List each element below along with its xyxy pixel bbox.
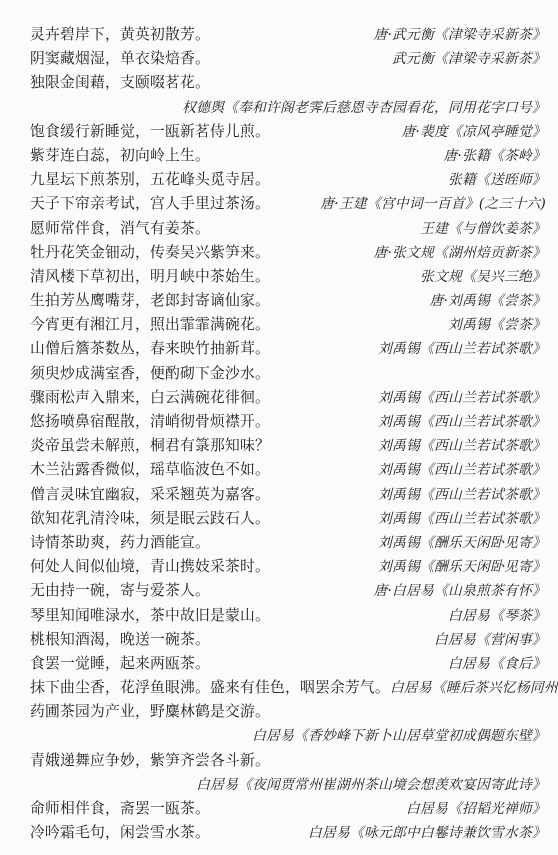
poem-row: 青娥递舞应争妙，紫笋齐尝各斗新。 [30,749,546,773]
poem-row: 琴里知闻唯渌水，茶中故旧是蒙山。白居易《琴茶》 [30,604,546,628]
poem-row: 何处人间似仙境，青山携妓采茶时。刘禹锡《酬乐天闲卧见寄》 [30,555,546,579]
poem-row: 生拍芳丛鹰嘴芽，老郎封寄谪仙家。唐·刘禹锡《尝茶》 [30,289,546,313]
poem-row: 诗情茶助爽，药力酒能宣。刘禹锡《酬乐天闲卧见寄》 [30,531,546,555]
poem-row: 饱食缓行新睡觉，一瓯新茗侍儿煎。唐·裴度《凉风亭睡觉》 [30,120,546,144]
poem-text: 木兰沾露香微似，瑶草临波色不如。 [30,458,270,479]
poem-text: 灵卉碧岸下，黄英初散芳。 [30,23,210,44]
poem-source: 刘禹锡《西山兰若试茶歌》 [378,337,546,357]
poem-text: 牡丹花笑金钿动，传奏吴兴紫笋来。 [30,241,270,262]
poem-source: 白居易《营闲事》 [434,628,546,648]
poem-source: 白居易《琴茶》 [448,604,546,624]
poem-row: 天子下帘亲考试，宫人手里过茶汤。唐·王建《宫中词一百首》(之三十六) [30,192,546,216]
poem-text: 炎帝虽尝未解煎，桐君有箓那知味？ [30,434,270,455]
poem-row: 今宵更有湘江月，照出霏霏满碗花。刘禹锡《尝茶》 [30,313,546,337]
poem-row: 权德舆《奉和许阁老霁后慈恩寺杏园看花，同用花字口号》 [30,96,546,120]
poem-text: 僧言灵味宜幽寂，采采翘英为嘉客。 [30,483,270,504]
poem-source: 王建《与僧饮姜茶》 [420,217,546,237]
poem-row: 独限金闺藉，支颐啜茗花。 [30,71,546,95]
poem-row: 紫芽连白蕊，初向岭上生。唐·张籍《茶岭》 [30,144,546,168]
poem-text: 独限金闺藉，支颐啜茗花。 [30,71,210,92]
poem-source: 唐·张文规《湖州焙贡新茶》 [373,241,546,261]
poem-list: 灵卉碧岸下，黄英初散芳。唐·武元衡《津梁寺采新茶》阴窦藏烟湿，单衣染焙香。武元衡… [30,23,546,845]
poem-source: 刘禹锡《西山兰若试茶歌》 [378,458,546,478]
poem-text: 须臾炒成满室香，便酌砌下金沙水。 [30,362,270,383]
poem-text: 青娥递舞应争妙，紫笋齐尝各斗新。 [30,749,270,770]
poem-row: 白居易《香妙峰下新卜山居草堂初成偶题东壁》 [30,724,546,748]
poem-source: 白居易《咏元郎中白鬈诗兼饮雪水茶》 [308,821,546,841]
poem-source: 唐·刘禹锡《尝茶》 [429,289,546,309]
poem-row: 冷吟霜毛句，闲尝雪水茶。白居易《咏元郎中白鬈诗兼饮雪水茶》 [30,821,546,845]
poem-row: 愿师常伴食，消气有姜茶。王建《与僧饮姜茶》 [30,217,546,241]
poem-source: 刘禹锡《西山兰若试茶歌》 [378,507,546,527]
poem-row: 清风楼下草初出，明月峡中茶始生。张文规《吴兴三绝》 [30,265,546,289]
poem-row: 山僧后簷茶数丛，春来映竹抽新茸。刘禹锡《西山兰若试茶歌》 [30,337,546,361]
poem-source: 唐·武元衡《津梁寺采新茶》 [373,23,546,43]
poem-row: 桃根知酒渴，晚送一碗茶。白居易《营闲事》 [30,628,546,652]
poem-row: 骤雨松声入鼎来，白云满碗花徘徊。刘禹锡《西山兰若试茶歌》 [30,386,546,410]
poem-row: 僧言灵味宜幽寂，采采翘英为嘉客。刘禹锡《西山兰若试茶歌》 [30,483,546,507]
poem-source: 唐·白居易《山泉煎茶有怀》 [373,579,546,599]
poem-text: 悠扬喷鼻宿酲散，清峭彻骨烦襟开。 [30,410,270,431]
poem-row: 须臾炒成满室香，便酌砌下金沙水。 [30,362,546,386]
poem-row: 白居易《夜闻贾常州崔湖州茶山境会想羡欢宴因寄此诗》 [30,773,546,797]
poem-text: 抹下曲尘香，花浮鱼眼沸。盛来有佳色，咽罢余芳气。 [30,676,390,697]
poem-source: 唐·王建《宫中词一百首》(之三十六) [320,192,546,212]
poem-text: 骤雨松声入鼎来，白云满碗花徘徊。 [30,386,270,407]
poem-text: 天子下帘亲考试，宫人手里过茶汤。 [30,192,270,213]
poem-text: 食罢一觉睡，起来两瓯茶。 [30,652,210,673]
poem-text: 饱食缓行新睡觉，一瓯新茗侍儿煎。 [30,120,270,141]
poem-source: 刘禹锡《西山兰若试茶歌》 [378,386,546,406]
poem-row: 九星坛下煎茶别，五花峰头觅寺居。张籍《送晊师》 [30,168,546,192]
poem-source: 武元衡《津梁寺采新茶》 [392,47,546,67]
poem-source: 权德舆《奉和许阁老霁后慈恩寺杏园看花，同用花字口号》 [182,96,546,116]
poem-text: 今宵更有湘江月，照出霏霏满碗花。 [30,313,270,334]
poem-source: 刘禹锡《尝茶》 [448,313,546,333]
poem-row: 药圃茶园为产业，野麋林鹤是交游。 [30,700,546,724]
poem-text: 冷吟霜毛句，闲尝雪水茶。 [30,821,210,842]
poem-source: 刘禹锡《西山兰若试茶歌》 [378,410,546,430]
poem-source: 白居易《食后》 [448,652,546,672]
poem-source: 白居易《睡后茶兴忆杨同州》 [390,676,558,696]
poem-source: 刘禹锡《西山兰若试茶歌》 [378,483,546,503]
poem-row: 木兰沾露香微似，瑶草临波色不如。刘禹锡《西山兰若试茶歌》 [30,458,546,482]
poem-source: 白居易《香妙峰下新卜山居草堂初成偶题东壁》 [252,724,546,744]
poem-text: 欲知花乳清泠味，须是眠云跂石人。 [30,507,270,528]
poem-row: 牡丹花笑金钿动，传奏吴兴紫笋来。唐·张文规《湖州焙贡新茶》 [30,241,546,265]
poem-text: 山僧后簷茶数丛，春来映竹抽新茸。 [30,337,270,358]
poem-source: 张文规《吴兴三绝》 [420,265,546,285]
poem-text: 清风楼下草初出，明月峡中茶始生。 [30,265,270,286]
poem-text: 愿师常伴食，消气有姜茶。 [30,217,210,238]
poem-row: 食罢一觉睡，起来两瓯茶。白居易《食后》 [30,652,546,676]
poem-row: 悠扬喷鼻宿酲散，清峭彻骨烦襟开。刘禹锡《西山兰若试茶歌》 [30,410,546,434]
poem-row: 命师相伴食，斋罢一瓯茶。白居易《招韬光禅师》 [30,797,546,821]
poem-text: 何处人间似仙境，青山携妓采茶时。 [30,555,270,576]
poem-row: 阴窦藏烟湿，单衣染焙香。武元衡《津梁寺采新茶》 [30,47,546,71]
poem-text: 药圃茶园为产业，野麋林鹤是交游。 [30,700,270,721]
poem-text: 紫芽连白蕊，初向岭上生。 [30,144,210,165]
poem-text: 无由持一碗，寄与爱茶人。 [30,579,210,600]
poem-row: 灵卉碧岸下，黄英初散芳。唐·武元衡《津梁寺采新茶》 [30,23,546,47]
poem-source: 唐·张籍《茶岭》 [443,144,546,164]
poem-source: 白居易《招韬光禅师》 [406,797,546,817]
poem-text: 命师相伴食，斋罢一瓯茶。 [30,797,210,818]
poem-source: 刘禹锡《酬乐天闲卧见寄》 [378,531,546,551]
book-page: 灵卉碧岸下，黄英初散芳。唐·武元衡《津梁寺采新茶》阴窦藏烟湿，单衣染焙香。武元衡… [0,0,558,855]
poem-text: 生拍芳丛鹰嘴芽，老郎封寄谪仙家。 [30,289,270,310]
poem-text: 桃根知酒渴，晚送一碗茶。 [30,628,210,649]
poem-source: 张籍《送晊师》 [448,168,546,188]
poem-text: 诗情茶助爽，药力酒能宣。 [30,531,210,552]
poem-source: 唐·裴度《凉风亭睡觉》 [401,120,546,140]
poem-row: 炎帝虽尝未解煎，桐君有箓那知味？刘禹锡《西山兰若试茶歌》 [30,434,546,458]
poem-row: 抹下曲尘香，花浮鱼眼沸。盛来有佳色，咽罢余芳气。白居易《睡后茶兴忆杨同州》 [30,676,546,700]
poem-source: 刘禹锡《西山兰若试茶歌》 [378,434,546,454]
poem-source: 刘禹锡《酬乐天闲卧见寄》 [378,555,546,575]
poem-row: 欲知花乳清泠味，须是眠云跂石人。刘禹锡《西山兰若试茶歌》 [30,507,546,531]
poem-text: 阴窦藏烟湿，单衣染焙香。 [30,47,210,68]
poem-source: 白居易《夜闻贾常州崔湖州茶山境会想羡欢宴因寄此诗》 [196,773,546,793]
poem-text: 琴里知闻唯渌水，茶中故旧是蒙山。 [30,604,270,625]
poem-text: 九星坛下煎茶别，五花峰头觅寺居。 [30,168,270,189]
poem-row: 无由持一碗，寄与爱茶人。唐·白居易《山泉煎茶有怀》 [30,579,546,603]
